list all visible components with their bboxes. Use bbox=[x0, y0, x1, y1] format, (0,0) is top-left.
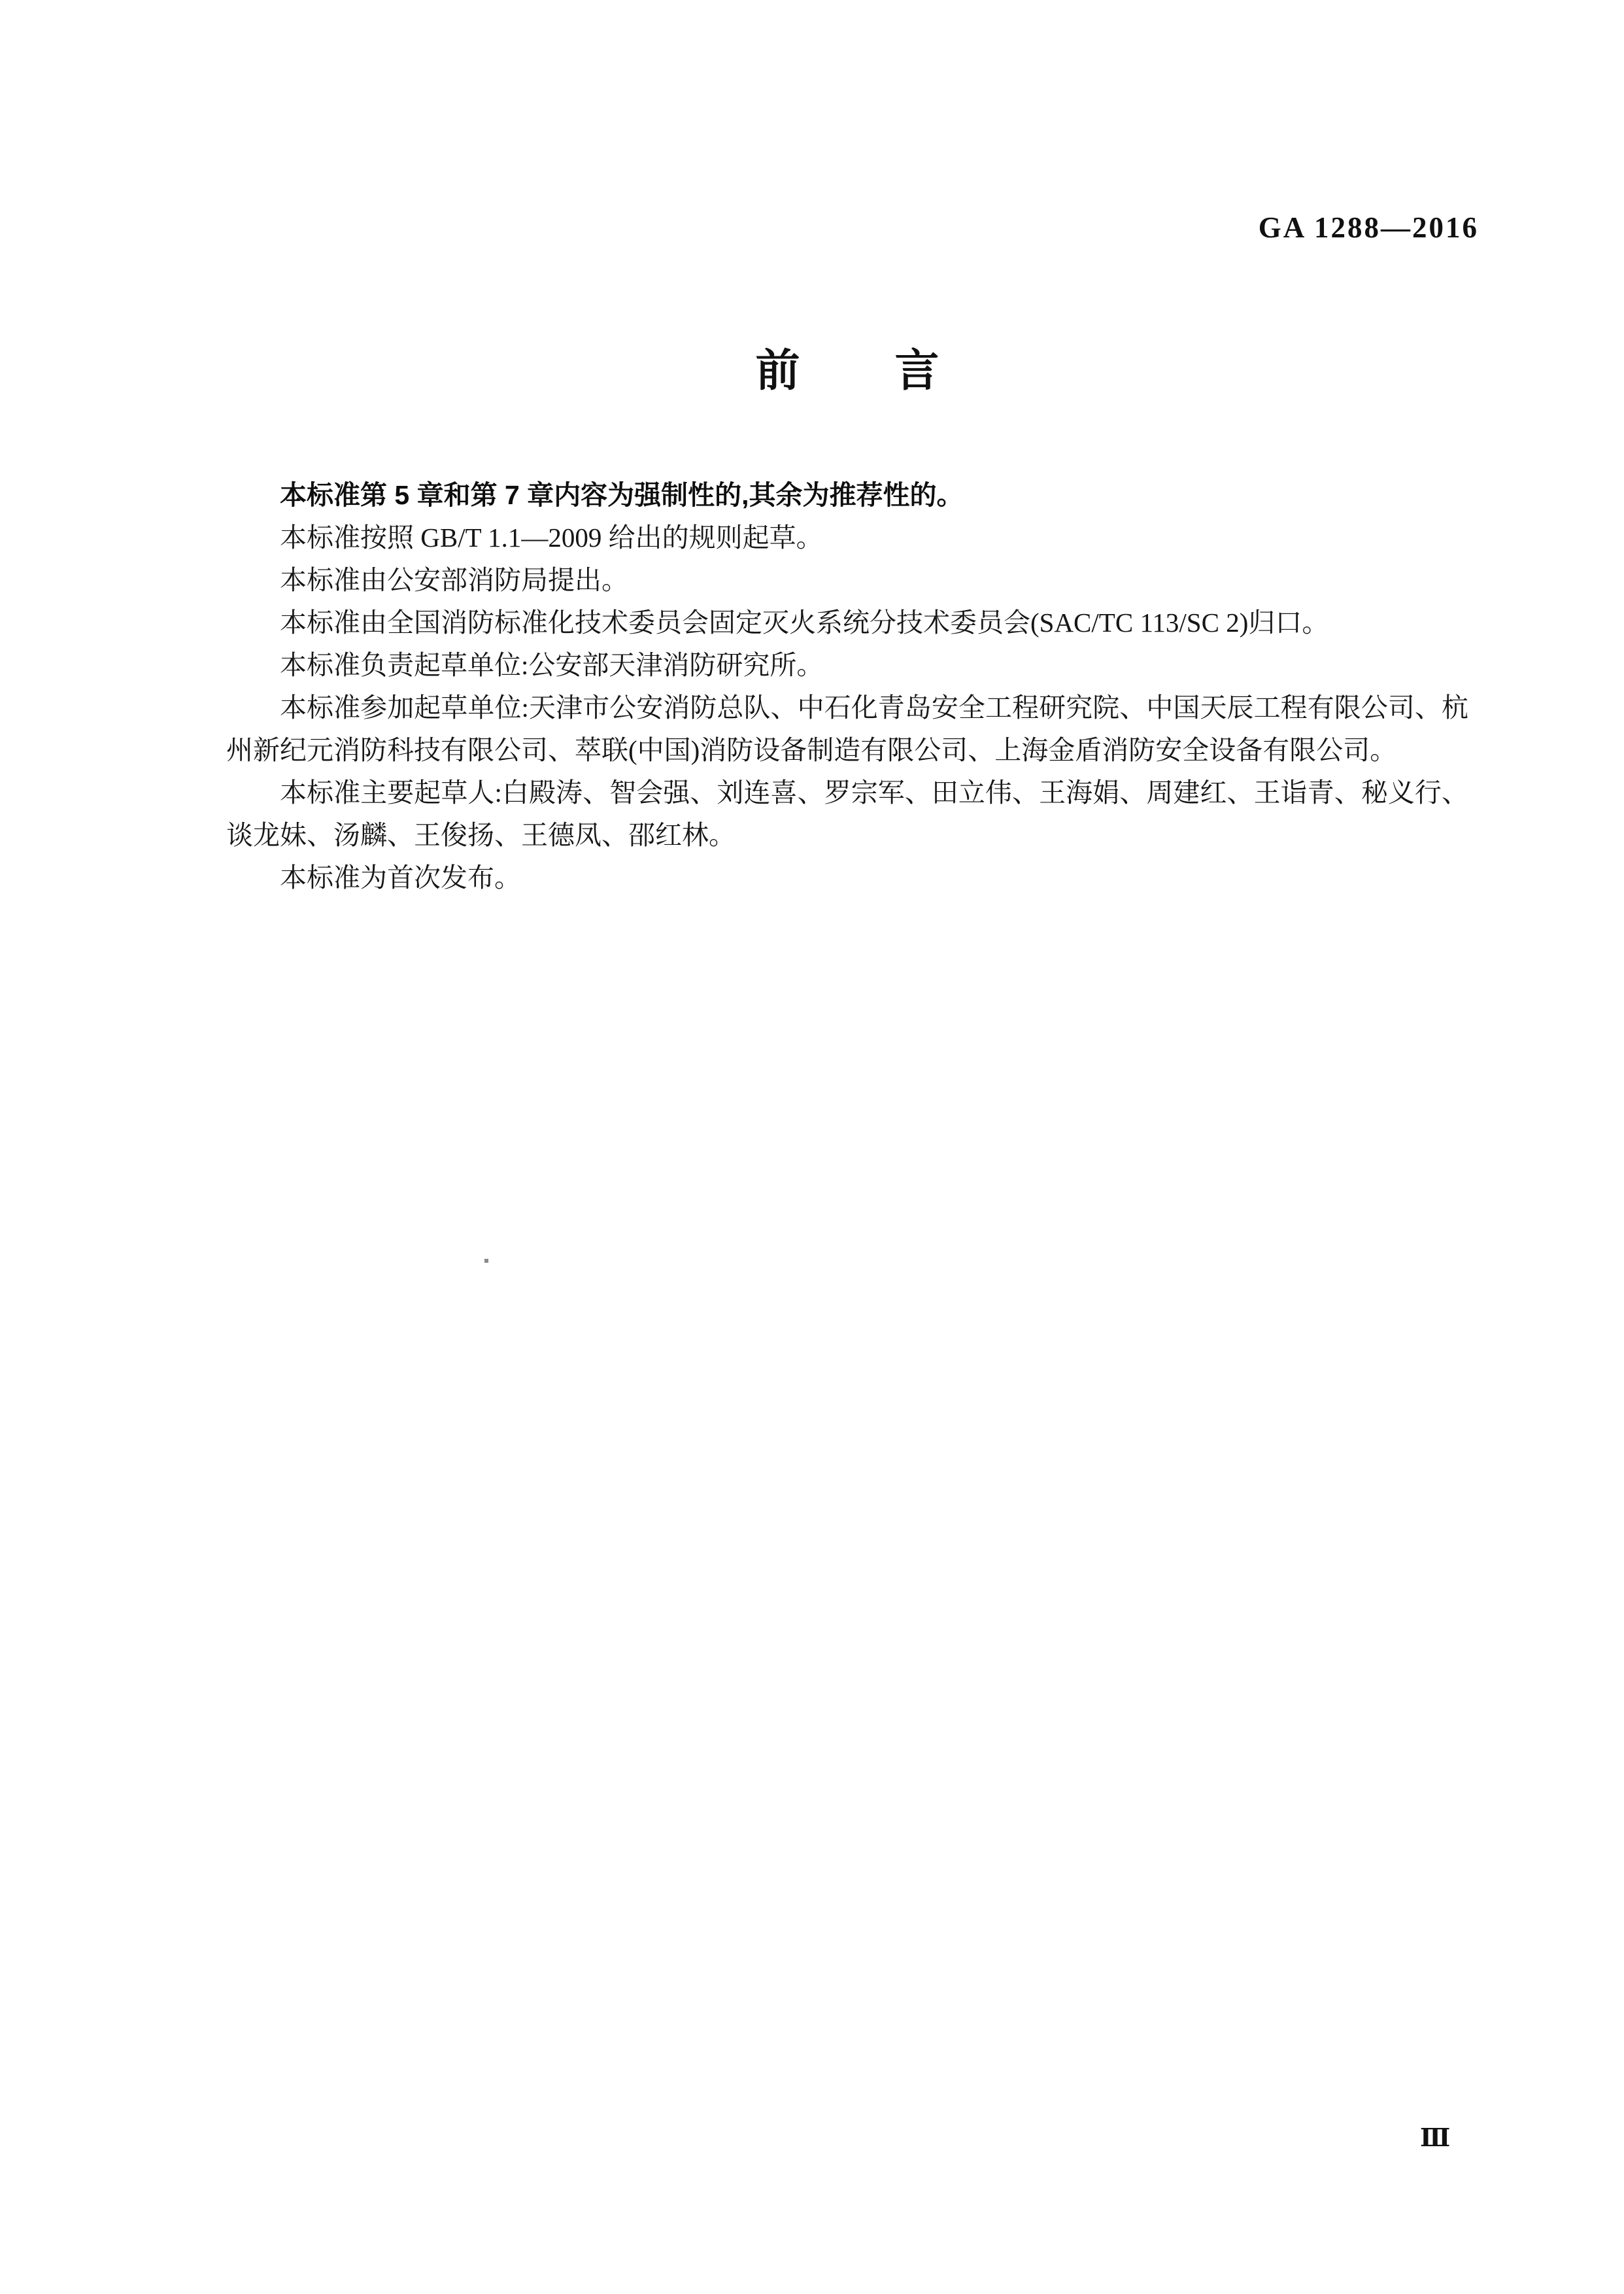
paragraph: 本标准负责起草单位:公安部天津消防研究所。 bbox=[226, 644, 1468, 687]
page-title-char-2: 言 bbox=[895, 347, 939, 396]
document-page: GA 1288—2016 前 言 本标准第 5 章和第 7 章内容为强制性的,其… bbox=[0, 0, 1624, 2294]
page-number: Ⅲ bbox=[1420, 2123, 1450, 2153]
foreword-body: 本标准第 5 章和第 7 章内容为强制性的,其余为推荐性的。本标准按照 GB/T… bbox=[226, 474, 1468, 899]
page-title-char-1: 前 bbox=[755, 347, 800, 396]
paragraph: 本标准为首次发布。 bbox=[226, 857, 1468, 899]
page-title: 前 言 bbox=[226, 347, 1468, 396]
standard-number: GA 1288—2016 bbox=[1259, 211, 1479, 245]
paragraph: 本标准第 5 章和第 7 章内容为强制性的,其余为推荐性的。 bbox=[226, 474, 1468, 517]
paragraph: 本标准按照 GB/T 1.1—2009 给出的规则起草。 bbox=[226, 517, 1468, 559]
scan-artifact-dot bbox=[484, 1259, 488, 1263]
paragraph: 本标准参加起草单位:天津市公安消防总队、中石化青岛安全工程研究院、中国天辰工程有… bbox=[226, 687, 1468, 772]
paragraph: 本标准主要起草人:白殿涛、智会强、刘连喜、罗宗军、田立伟、王海娟、周建红、王诣青… bbox=[226, 772, 1468, 857]
paragraph: 本标准由公安部消防局提出。 bbox=[226, 559, 1468, 602]
paragraph: 本标准由全国消防标准化技术委员会固定灭火系统分技术委员会(SAC/TC 113/… bbox=[226, 602, 1468, 644]
